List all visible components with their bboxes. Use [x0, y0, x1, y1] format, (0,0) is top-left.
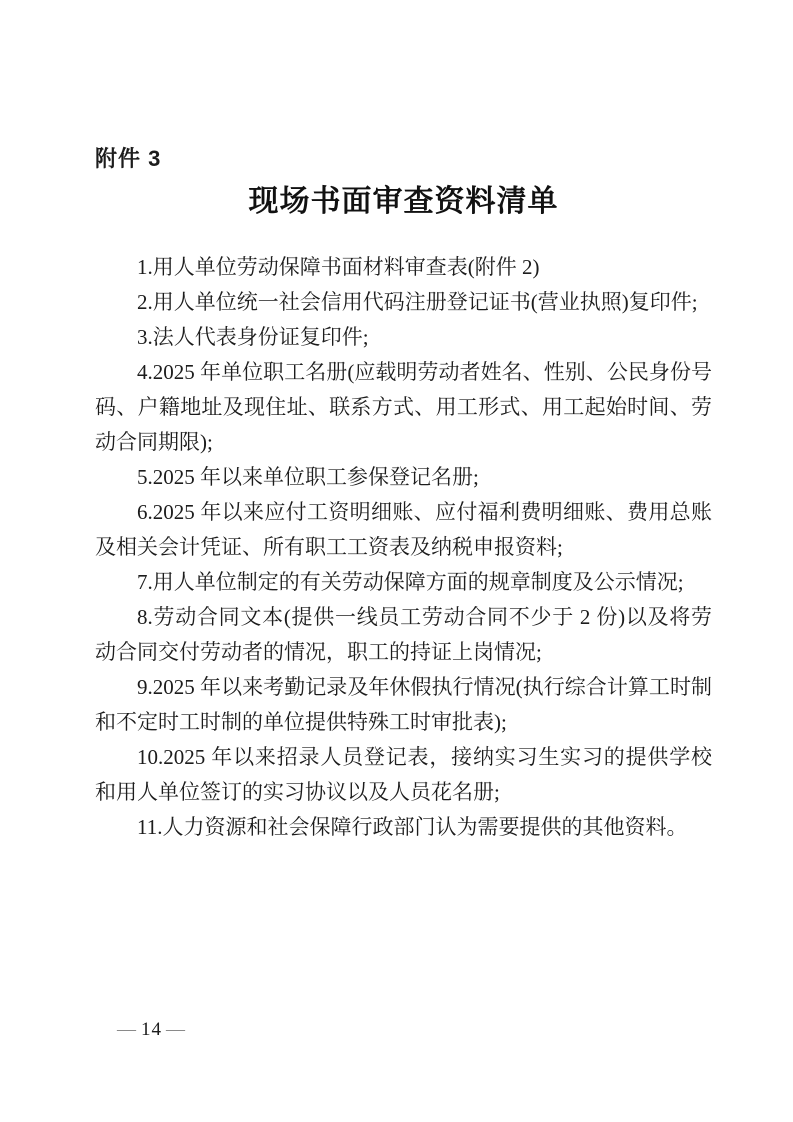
- page-number-dash-right: —: [162, 1019, 190, 1040]
- attachment-label: 附件 3: [95, 142, 161, 173]
- page-number-value: 14: [141, 1019, 162, 1040]
- page-number-dash-left: —: [113, 1019, 141, 1040]
- list-item: 8.劳动合同文本(提供一线员工劳动合同不少于 2 份)以及将劳动合同交付劳动者的…: [95, 600, 712, 670]
- list-item: 5.2025 年以来单位职工参保登记名册;: [95, 460, 712, 495]
- list-item: 10.2025 年以来招录人员登记表，接纳实习生实习的提供学校和用人单位签订的实…: [95, 740, 712, 810]
- document-body: 1.用人单位劳动保障书面材料审查表(附件 2) 2.用人单位统一社会信用代码注册…: [95, 250, 712, 845]
- list-item: 9.2025 年以来考勤记录及年休假执行情况(执行综合计算工时制和不定时工时制的…: [95, 670, 712, 740]
- list-item: 6.2025 年以来应付工资明细账、应付福利费明细账、费用总账及相关会计凭证、所…: [95, 495, 712, 565]
- list-item: 4.2025 年单位职工名册(应载明劳动者姓名、性别、公民身份号码、户籍地址及现…: [95, 355, 712, 460]
- list-item: 7.用人单位制定的有关劳动保障方面的规章制度及公示情况;: [95, 565, 712, 600]
- list-item: 2.用人单位统一社会信用代码注册登记证书(营业执照)复印件;: [95, 285, 712, 320]
- page-title: 现场书面审查资料清单: [95, 176, 712, 220]
- document-page: 附件 3 现场书面审查资料清单 1.用人单位劳动保障书面材料审查表(附件 2) …: [0, 0, 793, 1122]
- list-item: 11.人力资源和社会保障行政部门认为需要提供的其他资料。: [95, 810, 712, 845]
- list-item: 1.用人单位劳动保障书面材料审查表(附件 2): [95, 250, 712, 285]
- page-number: —14—: [113, 1019, 190, 1041]
- list-item: 3.法人代表身份证复印件;: [95, 320, 712, 355]
